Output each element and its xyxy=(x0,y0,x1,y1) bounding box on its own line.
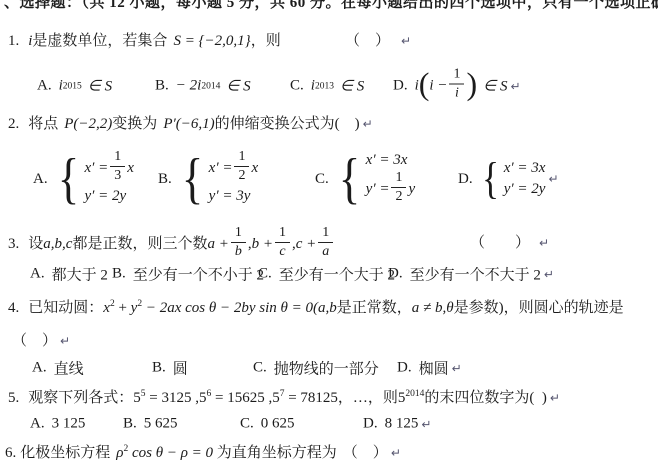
exam-document-page[interactable]: 、选择题：（共 12 小题，每小题 5 分，共 60 分。在每小题给出的四个选项… xyxy=(0,0,658,461)
system-brace: { xyxy=(181,151,203,207)
fraction: 1c xyxy=(275,226,290,259)
q4-number: 4. xyxy=(8,300,19,316)
q5-stem-text-1: 观察下列各式： xyxy=(28,390,133,406)
q1-options-row: A.i2015∈ S B.− 2i2014∈ S C.i2013∈ S D.i(… xyxy=(0,62,658,110)
q6-stem: 6.化极坐标方程ρ2 cos θ − ρ = 0 为直角坐标方程为（ ）↵ xyxy=(5,443,658,461)
option-label: C. xyxy=(258,266,272,283)
math-membership: ∈ S xyxy=(483,77,507,96)
equation-system: {x′ = 3xy′ = 2y xyxy=(480,157,546,201)
option-text: 圆 xyxy=(173,358,188,379)
q3-option-b: B.至少有一个不小于 2 xyxy=(112,264,264,285)
fraction-numerator: 1 xyxy=(234,150,249,167)
q1-option-d: D.i(i −1i)∈ S↵ xyxy=(393,70,521,103)
q1-stem-text-1: 是虚数单位，若集合 xyxy=(32,33,167,49)
q1-set-expression: S = {−2,0,1} xyxy=(173,33,250,49)
fraction-numerator: 1 xyxy=(318,226,333,243)
option-text: 都大于 2 xyxy=(52,264,108,285)
system-rows: x′ =13xy′ = 2y xyxy=(84,152,133,205)
option-label: D. xyxy=(393,78,408,95)
option-text: 至少有一个不小于 2 xyxy=(133,264,264,285)
paragraph-mark: ↵ xyxy=(539,228,549,258)
math-membership: ∈ S xyxy=(226,77,250,96)
option-label: A. xyxy=(30,266,45,283)
fraction: 12 xyxy=(391,171,406,204)
math-membership: ∈ S xyxy=(340,77,364,96)
q4-option-b: B.圆 xyxy=(152,358,188,379)
q4-option-d: D.椥圆↵ xyxy=(397,358,462,379)
q2-stem-text-1: 将点 xyxy=(28,116,58,132)
q1-option-b: B.− 2i2014∈ S xyxy=(155,77,251,96)
equation-system: {x′ =13xy′ = 2y xyxy=(55,151,134,207)
system-brace: { xyxy=(338,151,360,207)
fraction: 1i xyxy=(449,68,464,101)
math-exponent: 2014 xyxy=(405,389,424,399)
q2-number: 2. xyxy=(8,116,19,132)
section-header-text: 、选择题：（共 12 小题，每小题 5 分，共 60 分。在每小题给出的四个选项… xyxy=(4,0,658,11)
math-eq-2: = 15625 , xyxy=(211,390,272,406)
equation-system: {x′ =12xy′ = 3y xyxy=(179,151,258,207)
q3-stem-text-2: 都是正数，则三个数 xyxy=(72,236,207,252)
q2-stem: 2.将点P(−2,2)变换为P′(−6,1)的伸缩变换公式为( )↵ xyxy=(8,114,658,134)
fraction-denominator: 2 xyxy=(391,188,406,204)
q3-options-row: A.都大于 2 B.至少有一个不小于 2 C.至少有一个大于 2 D.至少有一个… xyxy=(0,264,658,284)
eq-rhs: x xyxy=(127,160,134,177)
math-base: − 2i xyxy=(176,78,202,95)
option-label: C. xyxy=(240,416,254,433)
math-base: 5 xyxy=(272,390,280,406)
q4-stem: 4.已知动圆：x2 + y2 − 2ax cos θ − 2by sin θ =… xyxy=(8,298,658,318)
fraction-numerator: 1 xyxy=(231,226,246,243)
q6-stem-text-2: 为直角坐标方程为 xyxy=(217,445,337,461)
q6-answer-paren: （ ） xyxy=(343,445,388,461)
q4-option-c: C.抛物线的一部分 xyxy=(253,358,379,379)
big-left-paren: ( xyxy=(419,67,430,99)
paragraph-mark: ↵ xyxy=(401,31,411,51)
fraction-denominator: b xyxy=(231,243,246,259)
option-label: D. xyxy=(363,416,378,433)
fraction-numerator: 1 xyxy=(449,68,464,85)
q1-stem-text-2: ，则 xyxy=(251,33,281,49)
q6-stem-text-1: 化极坐标方程 xyxy=(20,445,110,461)
option-label: B. xyxy=(112,266,126,283)
eq-row-2: y′ = 2y xyxy=(84,188,133,205)
option-label: A. xyxy=(37,78,52,95)
q2-stem-text-3: 的伸缩变换公式为( ) xyxy=(215,116,360,132)
q4-answer-paren: （ ） xyxy=(12,333,57,349)
option-text: 抛物线的一部分 xyxy=(274,358,379,379)
q1-stem: 1.i是虚数单位，若集合S = {−2,0,1}，则（ ）↵ xyxy=(8,31,658,51)
q4-stem-text-1: 已知动圆： xyxy=(28,300,103,316)
q3-stem-text-1: 设 xyxy=(28,236,43,252)
q4-answer-line: （ ）↵ xyxy=(12,331,658,351)
q5-number: 5. xyxy=(8,390,19,406)
fraction: 12 xyxy=(234,150,249,183)
q5-stem-tail: 的末四位数字为( ) xyxy=(424,390,547,406)
paragraph-mark: ↵ xyxy=(391,446,401,460)
q5-option-c: C.0 625 xyxy=(240,416,295,433)
q1-answer-paren: （ ） xyxy=(345,31,390,51)
q1-number: 1. xyxy=(8,33,19,49)
math-condition-1: a,b xyxy=(318,300,337,316)
paragraph-mark: ↵ xyxy=(550,391,560,405)
fraction-numerator: 1 xyxy=(391,171,406,188)
q3-vars: a,b,c xyxy=(43,236,72,252)
option-text: 至少有一个大于 2 xyxy=(279,264,395,285)
q2-point-1: P(−2,2) xyxy=(64,116,112,132)
q1-option-c: C.i2013∈ S xyxy=(290,77,364,96)
q2-option-c: C.{x′ = 3xy′ =12y xyxy=(315,151,415,207)
paragraph-mark: ↵ xyxy=(510,79,520,93)
q3-option-d: D.至少有一个不大于 2↵ xyxy=(388,264,554,285)
q4-stem-tail: ，则圆心的轨迹是 xyxy=(504,300,624,316)
math-rest: − 2ax cos θ − 2by sin θ = 0( xyxy=(142,300,318,316)
q4-options-row: A.直线 B.圆 C.抛物线的一部分 D.椥圆↵ xyxy=(0,358,658,378)
option-label: C. xyxy=(315,171,329,188)
q2-option-a: A.{x′ =13xy′ = 2y xyxy=(33,151,134,207)
paragraph-mark: ↵ xyxy=(452,361,462,375)
option-label: A. xyxy=(30,416,45,433)
q2-option-d: D.{x′ = 3xy′ = 2y↵ xyxy=(458,157,559,201)
math-term-3: c + xyxy=(296,236,317,252)
q2-option-b: B.{x′ =12xy′ = 3y xyxy=(158,151,258,207)
fraction-numerator: 1 xyxy=(275,226,290,243)
option-label: D. xyxy=(388,266,403,283)
option-label: D. xyxy=(458,171,473,188)
q5-stem: 5.观察下列各式：55 = 3125 ,56 = 15625 ,57 = 781… xyxy=(8,388,658,408)
paragraph-mark: ↵ xyxy=(421,417,431,431)
q4-condition-text-2: 是参数) xyxy=(454,300,504,316)
eq-row-1: x′ = 3x xyxy=(366,152,415,169)
math-condition-2: a ≠ b,θ xyxy=(412,300,454,316)
q5-option-b: B.5 625 xyxy=(123,416,178,433)
math-term-1: a + xyxy=(207,236,228,252)
eq-row-2: y′ = 2y xyxy=(504,181,546,198)
option-text: 0 625 xyxy=(261,416,295,433)
eq-row-1: x′ = 3x xyxy=(504,160,546,177)
q6-number: 6. xyxy=(5,445,16,461)
eq-rhs: x xyxy=(251,160,258,177)
math-eq-1: = 3125 , xyxy=(146,390,199,406)
math-base: 5 xyxy=(133,390,141,406)
equation-system: {x′ = 3xy′ =12y xyxy=(336,151,415,207)
q5-option-d: D.8 125↵ xyxy=(363,416,431,433)
q2-options-row: A.{x′ =13xy′ = 2y B.{x′ =12xy′ = 3y C.{x… xyxy=(0,146,658,212)
fraction-denominator: c xyxy=(275,243,290,259)
math-term-2: b + xyxy=(252,236,273,252)
system-brace: { xyxy=(482,157,499,201)
system-rows: x′ = 3xy′ = 2y xyxy=(504,160,546,198)
option-text: 直线 xyxy=(54,358,84,379)
eq-row-2: y′ = 3y xyxy=(209,188,258,205)
math-x: x xyxy=(103,300,110,316)
option-label: B. xyxy=(123,416,137,433)
q3-number: 3. xyxy=(8,236,19,252)
q5-options-row: A.3 125 B.5 625 C.0 625 D.8 125↵ xyxy=(0,414,658,434)
q3-answer-paren: （ ） xyxy=(470,228,530,258)
option-text: 3 125 xyxy=(52,416,86,433)
option-label: B. xyxy=(155,78,169,95)
system-rows: x′ =12xy′ = 3y xyxy=(209,152,258,205)
q1-option-a: A.i2015∈ S xyxy=(37,77,112,96)
option-text: 椥圆 xyxy=(419,358,449,379)
option-label: B. xyxy=(158,171,172,188)
q4-option-a: A.直线 xyxy=(32,358,84,379)
q3-option-c: C.至少有一个大于 2 xyxy=(258,264,395,285)
math-membership: ∈ S xyxy=(88,77,112,96)
option-label: D. xyxy=(397,360,412,377)
q2-point-2: P′(−6,1) xyxy=(163,116,214,132)
option-text: 8 125 xyxy=(385,416,419,433)
option-label: A. xyxy=(32,360,47,377)
big-right-paren: ) xyxy=(466,67,477,99)
option-text: 5 625 xyxy=(144,416,178,433)
option-label: C. xyxy=(253,360,267,377)
option-label: A. xyxy=(33,171,48,188)
math-eq-3: = 78125，…，则 xyxy=(284,390,397,406)
option-label: B. xyxy=(152,360,166,377)
q3-option-a: A.都大于 2 xyxy=(30,264,108,285)
fraction-denominator: 2 xyxy=(234,167,249,183)
paragraph-mark: ↵ xyxy=(60,334,70,348)
eq-lhs: y′ = xyxy=(366,181,390,198)
fraction: 1a xyxy=(318,226,333,259)
system-rows: x′ = 3xy′ =12y xyxy=(366,152,415,205)
math-rest: cos θ − ρ = 0 xyxy=(128,445,217,461)
paragraph-mark: ↵ xyxy=(544,267,554,281)
math-inner: i − xyxy=(429,78,447,95)
fraction-denominator: i xyxy=(449,85,464,101)
eq-lhs: x′ = xyxy=(209,160,233,177)
fraction-numerator: 1 xyxy=(110,150,125,167)
system-brace: { xyxy=(57,151,79,207)
math-plus: + xyxy=(115,300,131,316)
q3-stem: 3.设a,b,c都是正数，则三个数a +1b,b +1c,c +1a（ ）↵ xyxy=(8,228,658,261)
q5-option-a: A.3 125 xyxy=(30,416,85,433)
q4-condition-text-1: 是正常数， xyxy=(337,300,412,316)
paragraph-mark: ↵ xyxy=(548,172,558,186)
option-label: C. xyxy=(290,78,304,95)
eq-lhs: x′ = xyxy=(84,160,108,177)
q2-stem-text-2: 变换为 xyxy=(112,116,157,132)
fraction: 1b xyxy=(231,226,246,259)
fraction: 13 xyxy=(110,150,125,183)
fraction-denominator: a xyxy=(318,243,333,259)
section-header: 、选择题：（共 12 小题，每小题 5 分，共 60 分。在每小题给出的四个选项… xyxy=(4,0,658,12)
option-text: 至少有一个不大于 2 xyxy=(410,264,541,285)
fraction-denominator: 3 xyxy=(110,167,125,183)
eq-rhs: y xyxy=(408,181,415,198)
paragraph-mark: ↵ xyxy=(363,117,373,131)
